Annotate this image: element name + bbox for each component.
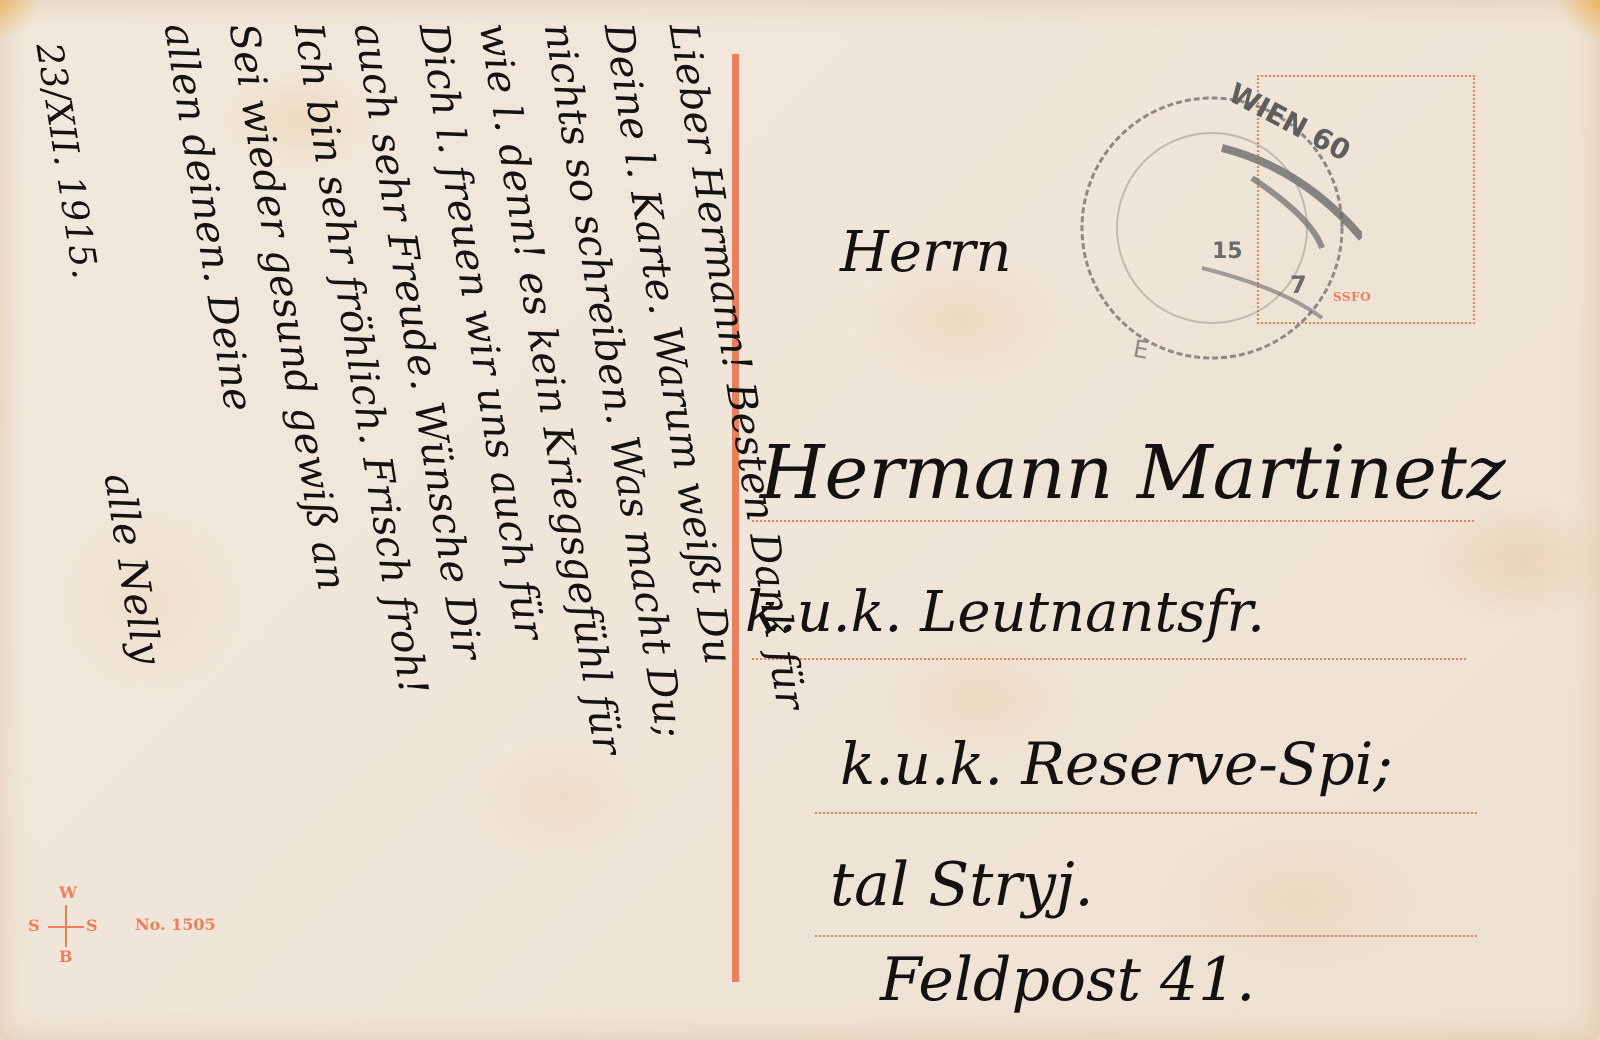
message-signature: alle Nelly xyxy=(95,470,171,668)
message-date: 23/XII. 1915. xyxy=(28,40,106,281)
postcard: SSFO WIEN 60 15 7 E W S S B No. 1505 Her… xyxy=(0,0,1600,1040)
address-line-2 xyxy=(752,658,1466,660)
message-area: Lieber Hermann! Besten Dank für Deine l.… xyxy=(0,0,740,1040)
address-line-4-text: Feldpost 41. xyxy=(880,945,1255,1015)
postmark-letter: E xyxy=(1131,335,1151,365)
postmark-stamp: WIEN 60 15 7 E xyxy=(1062,68,1362,388)
address-line-1-text: k.u.k. Leutnantsfr. xyxy=(745,580,1265,645)
postmark-hour: 7 xyxy=(1290,271,1307,299)
address-line-1 xyxy=(752,520,1474,522)
address-line-4 xyxy=(815,935,1477,937)
worn-corner xyxy=(1560,0,1600,40)
address-line-3-text: tal Stryj. xyxy=(830,850,1094,920)
address-salutation: Herrn xyxy=(840,220,1012,285)
postmark-day: 15 xyxy=(1212,239,1243,264)
address-line-2-text: k.u.k. Reserve-Spi; xyxy=(840,730,1393,798)
address-name: Hermann Martinetz xyxy=(760,430,1506,516)
address-line-3 xyxy=(815,812,1477,814)
